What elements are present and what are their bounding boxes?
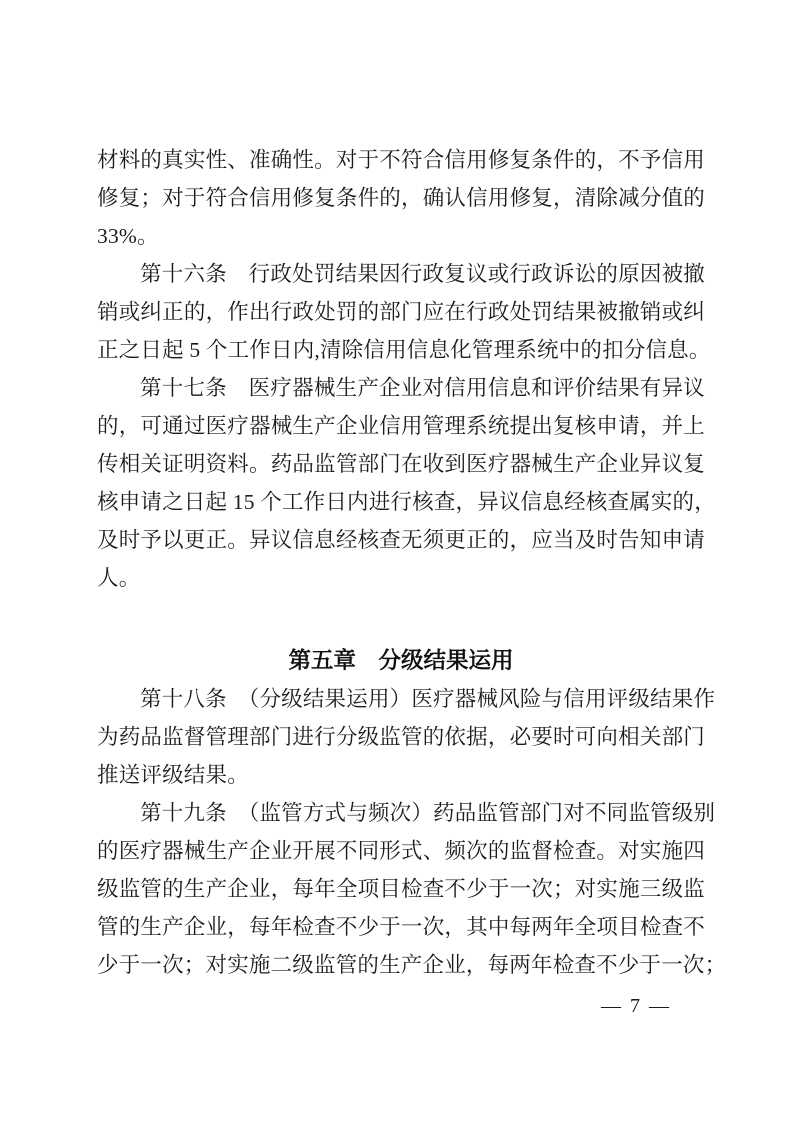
text-line: 级监管的生产企业，每年全项目检查不少于一次；对实施三级监 [97,870,705,908]
page-number: — 7 — [585,993,687,1019]
text-line: 传相关证明资料。药品监管部门在收到医疗器械生产企业异议复 [97,445,705,483]
text-line: 修复；对于符合信用修复条件的，确认信用修复，清除减分值的 [97,179,705,217]
text-line: 为药品监督管理部门进行分级监管的依据，必要时可向相关部门 [97,718,705,756]
text-line: 的，可通过医疗器械生产企业信用管理系统提出复核申请，并上 [97,407,705,445]
article-18-title-line: 第十八条 （分级结果运用）医疗器械风险与信用评级结果作 [97,680,705,718]
text-line: 销或纠正的，作出行政处罚的部门应在行政处罚结果被撤销或纠 [97,293,705,331]
document-body: 材料的真实性、准确性。对于不符合信用修复条件的，不予信用 修复；对于符合信用修复… [97,141,705,984]
text-line: 正之日起 5 个工作日内,清除信用信息化管理系统中的扣分信息。 [97,331,705,369]
text-line: 核申请之日起 15 个工作日内进行核查，异议信息经核查属实的， [97,483,705,521]
article-17-title-line: 第十七条 医疗器械生产企业对信用信息和评价结果有异议 [97,369,705,407]
article-16-paragraph: 第十六条 行政处罚结果因行政复议或行政诉讼的原因被撤 销或纠正的，作出行政处罚的… [97,255,705,369]
article-19-title-line: 第十九条 （监管方式与频次）药品监管部门对不同监管级别 [97,794,705,832]
text-line: 的医疗器械生产企业开展不同形式、频次的监督检查。对实施四 [97,832,705,870]
text-line: 管的生产企业，每年检查不少于一次，其中每两年全项目检查不 [97,908,705,946]
text-line: 推送评级结果。 [97,756,705,794]
article-17-paragraph: 第十七条 医疗器械生产企业对信用信息和评价结果有异议 的，可通过医疗器械生产企业… [97,369,705,597]
text-line: 及时予以更正。异议信息经核查无须更正的，应当及时告知申请 [97,521,705,559]
chapter-5-heading: 第五章 分级结果运用 [97,642,705,680]
article-18-paragraph: 第十八条 （分级结果运用）医疗器械风险与信用评级结果作 为药品监督管理部门进行分… [97,680,705,794]
paragraph-credit-repair-continuation: 材料的真实性、准确性。对于不符合信用修复条件的，不予信用 修复；对于符合信用修复… [97,141,705,255]
text-line: 人。 [97,559,705,597]
text-line: 33%。 [97,217,705,255]
text-line: 少于一次；对实施二级监管的生产企业，每两年检查不少于一次； [97,946,705,984]
article-19-paragraph: 第十九条 （监管方式与频次）药品监管部门对不同监管级别 的医疗器械生产企业开展不… [97,794,705,984]
article-16-title-line: 第十六条 行政处罚结果因行政复议或行政诉讼的原因被撤 [97,255,705,293]
text-line: 材料的真实性、准确性。对于不符合信用修复条件的，不予信用 [97,141,705,179]
document-page: 材料的真实性、准确性。对于不符合信用修复条件的，不予信用 修复；对于符合信用修复… [0,0,793,1122]
